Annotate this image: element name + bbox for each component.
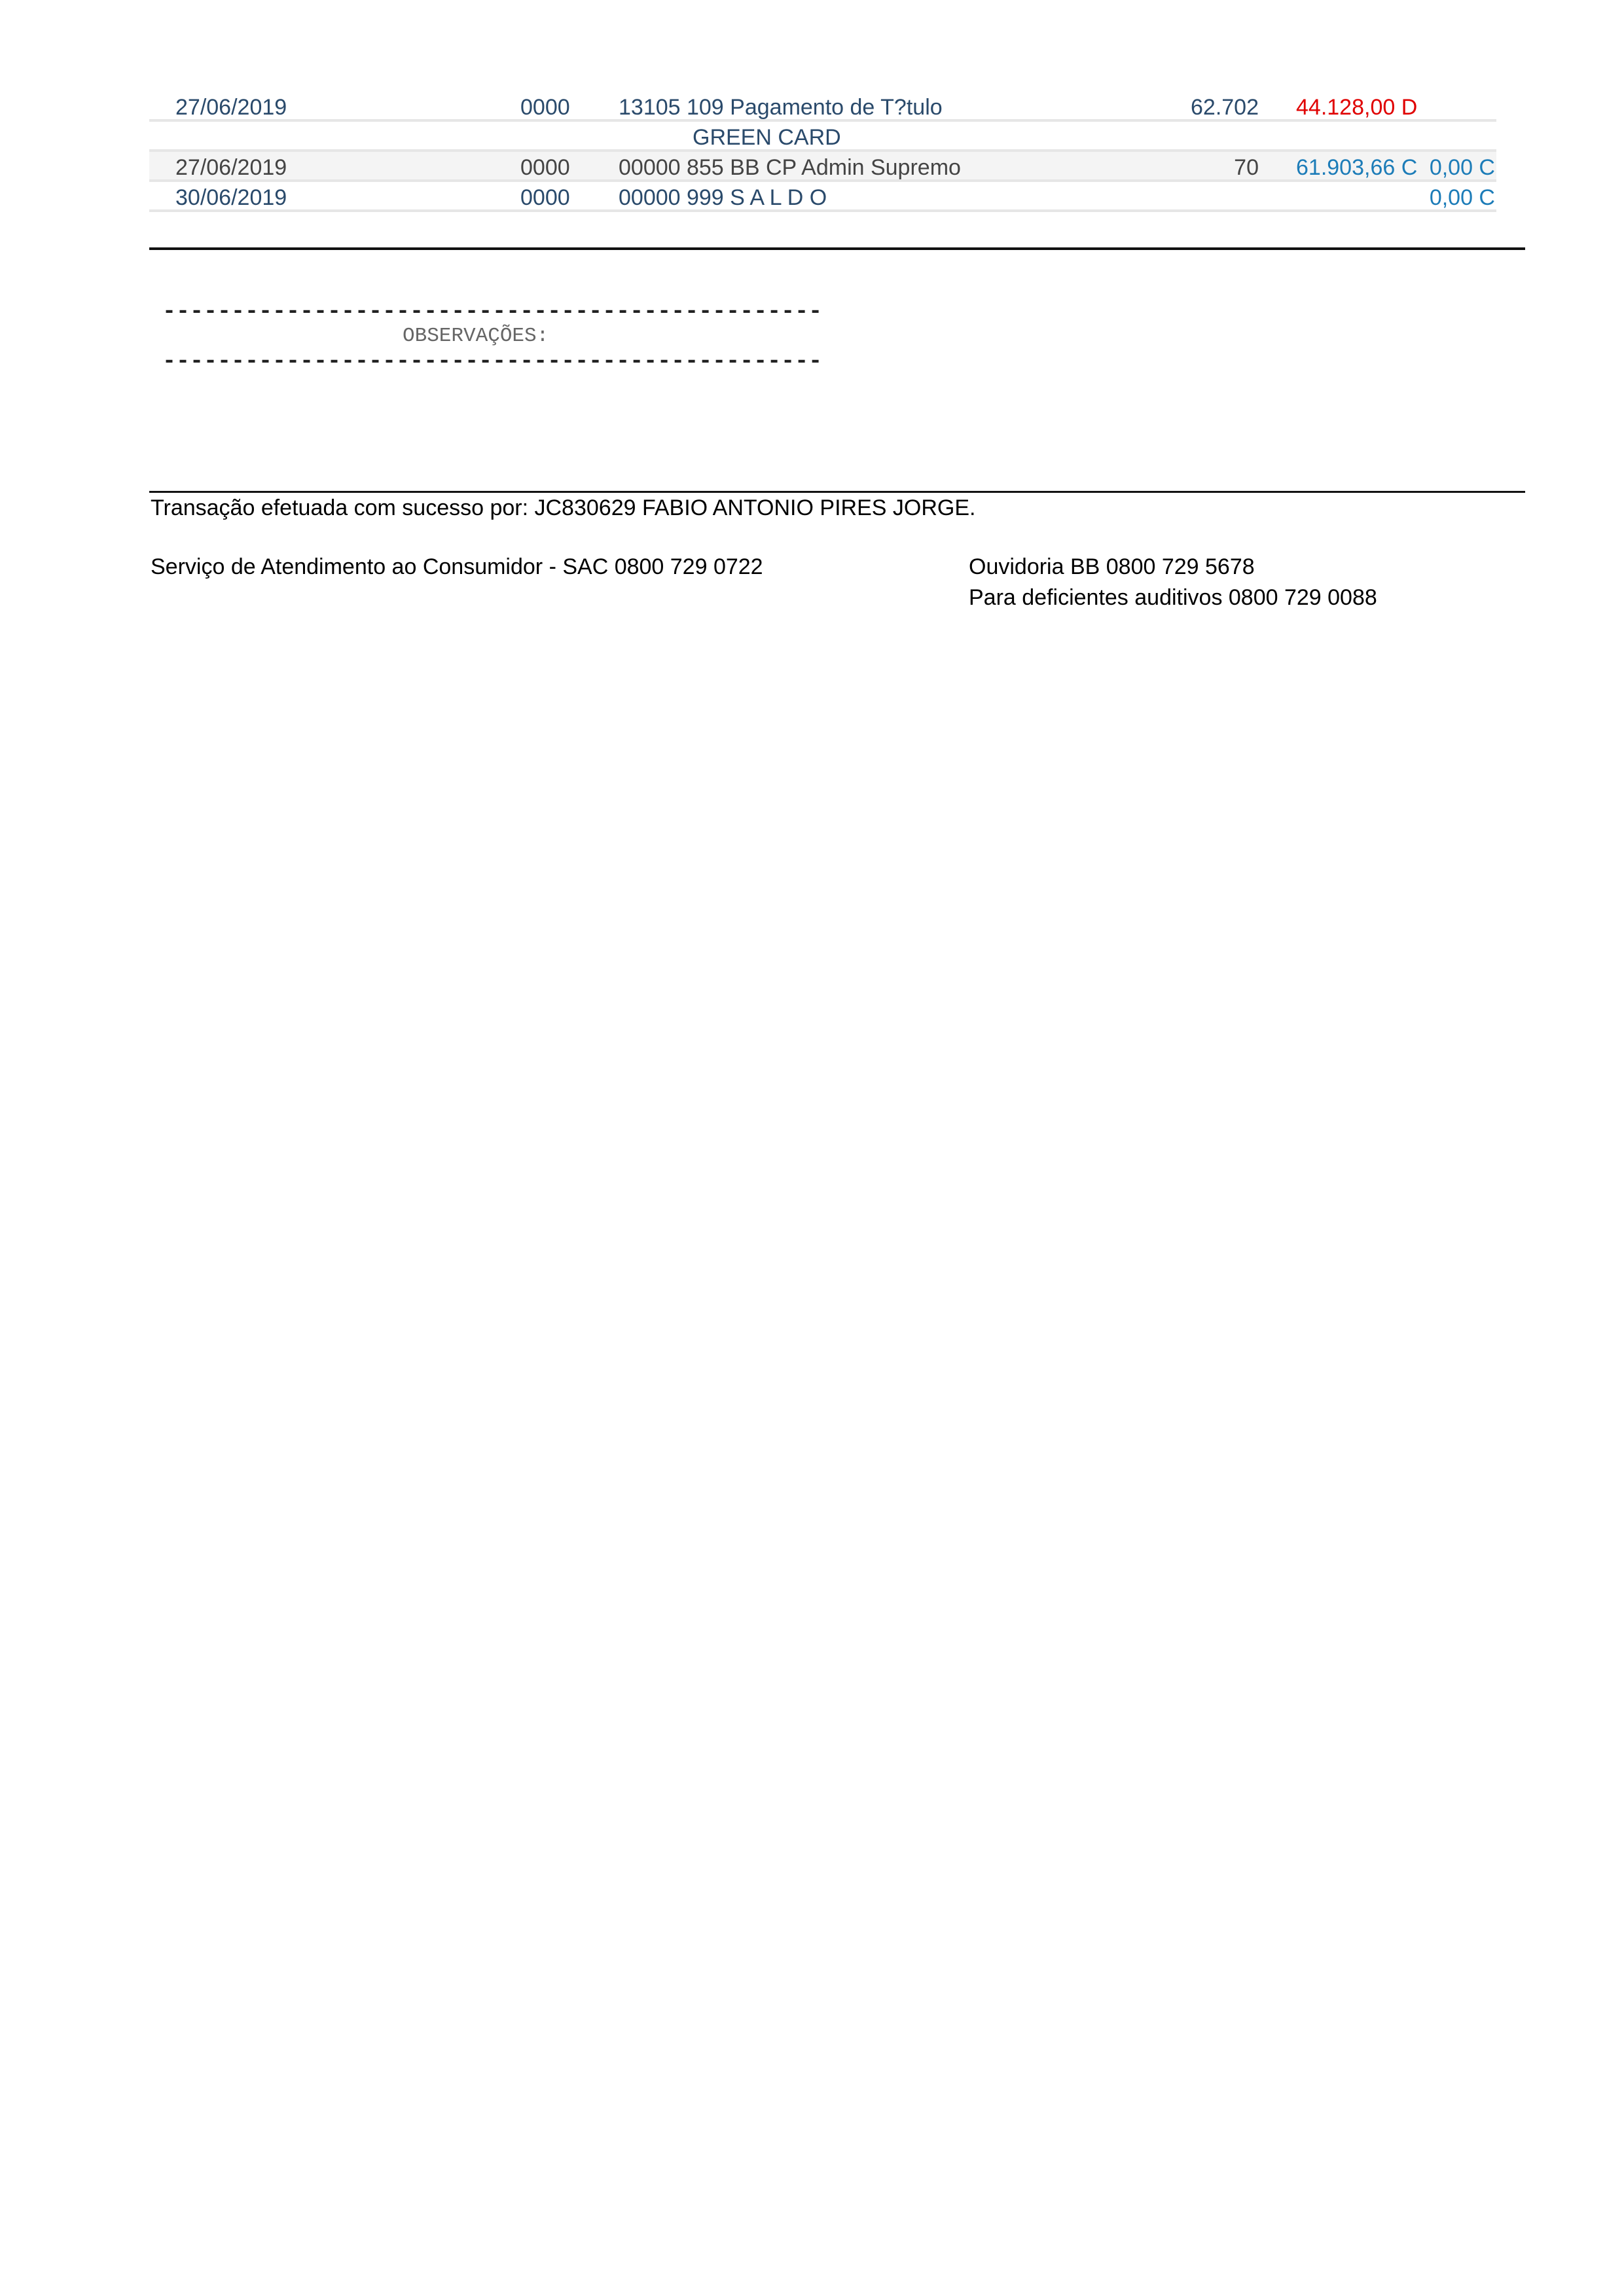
table-row: 27/06/2019 0000 00000 855 BB CP Admin Su… <box>149 152 1496 182</box>
tx-description: 00000 855 BB CP Admin Supremo <box>619 154 961 181</box>
transaction-status: Transação efetuada com sucesso por: JC83… <box>151 495 975 521</box>
tx-balance: 0,00 C <box>1430 185 1495 211</box>
observations-title: OBSERVAÇÕES: <box>162 323 822 350</box>
table-row: 27/06/2019 0000 13105 109 Pagamento de T… <box>149 92 1496 122</box>
transactions-table: 27/06/2019 0000 13105 109 Pagamento de T… <box>149 92 1496 212</box>
tx-agency: 0000 <box>520 94 570 120</box>
tx-balance: 0,00 C <box>1430 154 1495 181</box>
tx-date: 30/06/2019 <box>175 185 287 211</box>
sac-contact: Serviço de Atendimento ao Consumidor - S… <box>151 554 763 580</box>
table-row-detail: GREEN CARD <box>149 122 1496 152</box>
ombudsman-contact: Ouvidoria BB 0800 729 5678 <box>969 554 1255 580</box>
hearing-impaired-contact: Para deficientes auditivos 0800 729 0088 <box>969 584 1377 611</box>
tx-description: 00000 999 S A L D O <box>619 185 827 211</box>
table-row: 30/06/2019 0000 00000 999 S A L D O 0,00… <box>149 182 1496 212</box>
tx-amount: 44.128,00 D <box>1296 94 1417 120</box>
tx-amount: 61.903,66 C <box>1296 154 1417 181</box>
section-divider <box>149 247 1525 250</box>
tx-document: 70 <box>1234 154 1259 181</box>
tx-date: 27/06/2019 <box>175 154 287 181</box>
observations-block: ----------------------------------------… <box>162 300 822 373</box>
footer-divider <box>149 491 1525 493</box>
tx-agency: 0000 <box>520 154 570 181</box>
dashed-divider: ----------------------------------------… <box>162 300 822 323</box>
tx-document: 62.702 <box>1191 94 1259 120</box>
tx-date: 27/06/2019 <box>175 94 287 120</box>
dashed-divider: ----------------------------------------… <box>162 350 822 373</box>
tx-agency: 0000 <box>520 185 570 211</box>
tx-description: 13105 109 Pagamento de T?tulo <box>619 94 943 120</box>
tx-detail: GREEN CARD <box>693 124 841 151</box>
